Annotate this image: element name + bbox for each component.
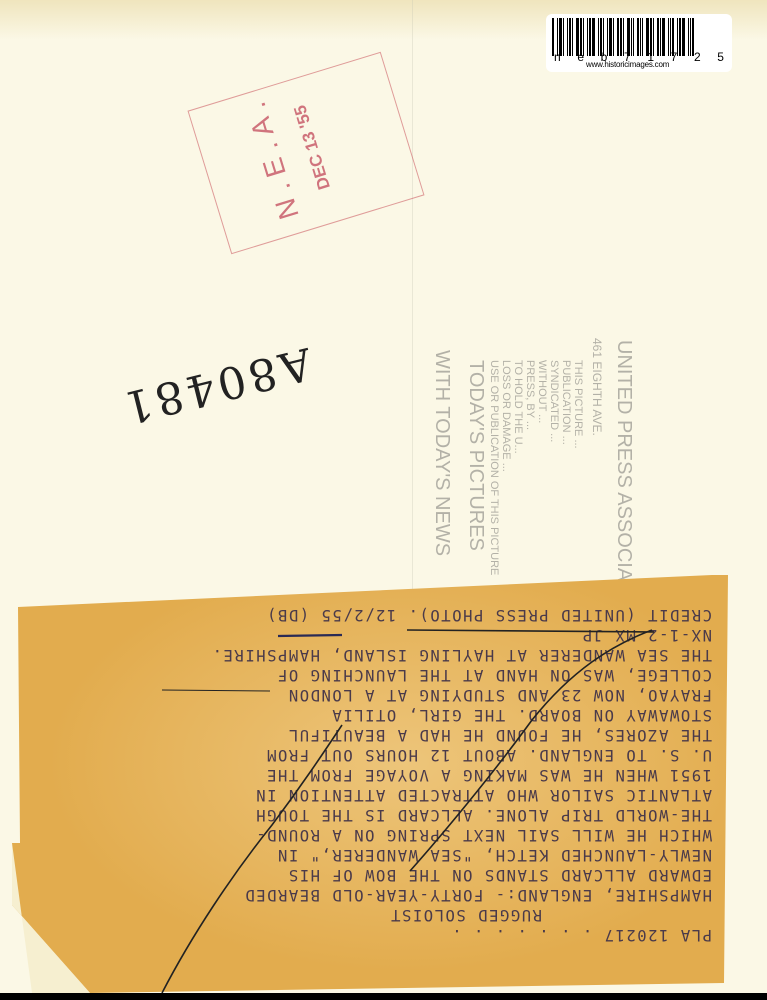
barcode-char: n [554,50,561,64]
barcode-char: e [577,50,584,64]
scan-edge [0,993,767,1000]
barcode-char: 2 [694,50,701,64]
agency-stamp-line: LOSS OR DAMAGE ... [500,360,512,472]
received-stamp: N.E.A. DEC 13 '55 [187,52,424,255]
handwritten-number: A80481 [115,337,317,434]
stamp-date: DEC 13 '55 [290,103,335,192]
agency-stamp: UNITED PRESS ASSOCIATIONS461 EIGHTH AVE.… [400,320,650,590]
agency-stamp-line: WITH TODAY'S NEWS [430,350,453,556]
agency-stamp-line: PRESS, BY ... [524,360,536,430]
agency-stamp-line: USE OR PUBLICATION OF THIS PICTURE [488,360,500,575]
agency-stamp-line: PUBLICATION ... [560,360,572,445]
photo-back: neb71725 www.historicimages.com N.E.A. D… [0,0,767,993]
agency-stamp-line: SYNDICATED ... [548,360,560,442]
agency-stamp-line: 461 EIGHTH AVE. [590,338,604,436]
barcode-url: www.historicimages.com [586,60,669,69]
barcode-label: neb71725 www.historicimages.com [546,14,732,72]
agency-stamp-line: THIS PICTURE ... [572,360,584,449]
agency-stamp-line: WITHOUT ... [536,360,548,423]
barcode-char: 5 [717,50,724,64]
caption-slip: PLA 120217 . . . . . . .RUGGED SOLOISTHA… [12,575,738,993]
agency-stamp-line: TO HOLD THE U... [512,360,524,454]
agency-stamp-line: TODAY'S PICTURES [464,360,487,551]
barcode-char: 7 [671,50,678,64]
pen-marks [12,575,738,993]
